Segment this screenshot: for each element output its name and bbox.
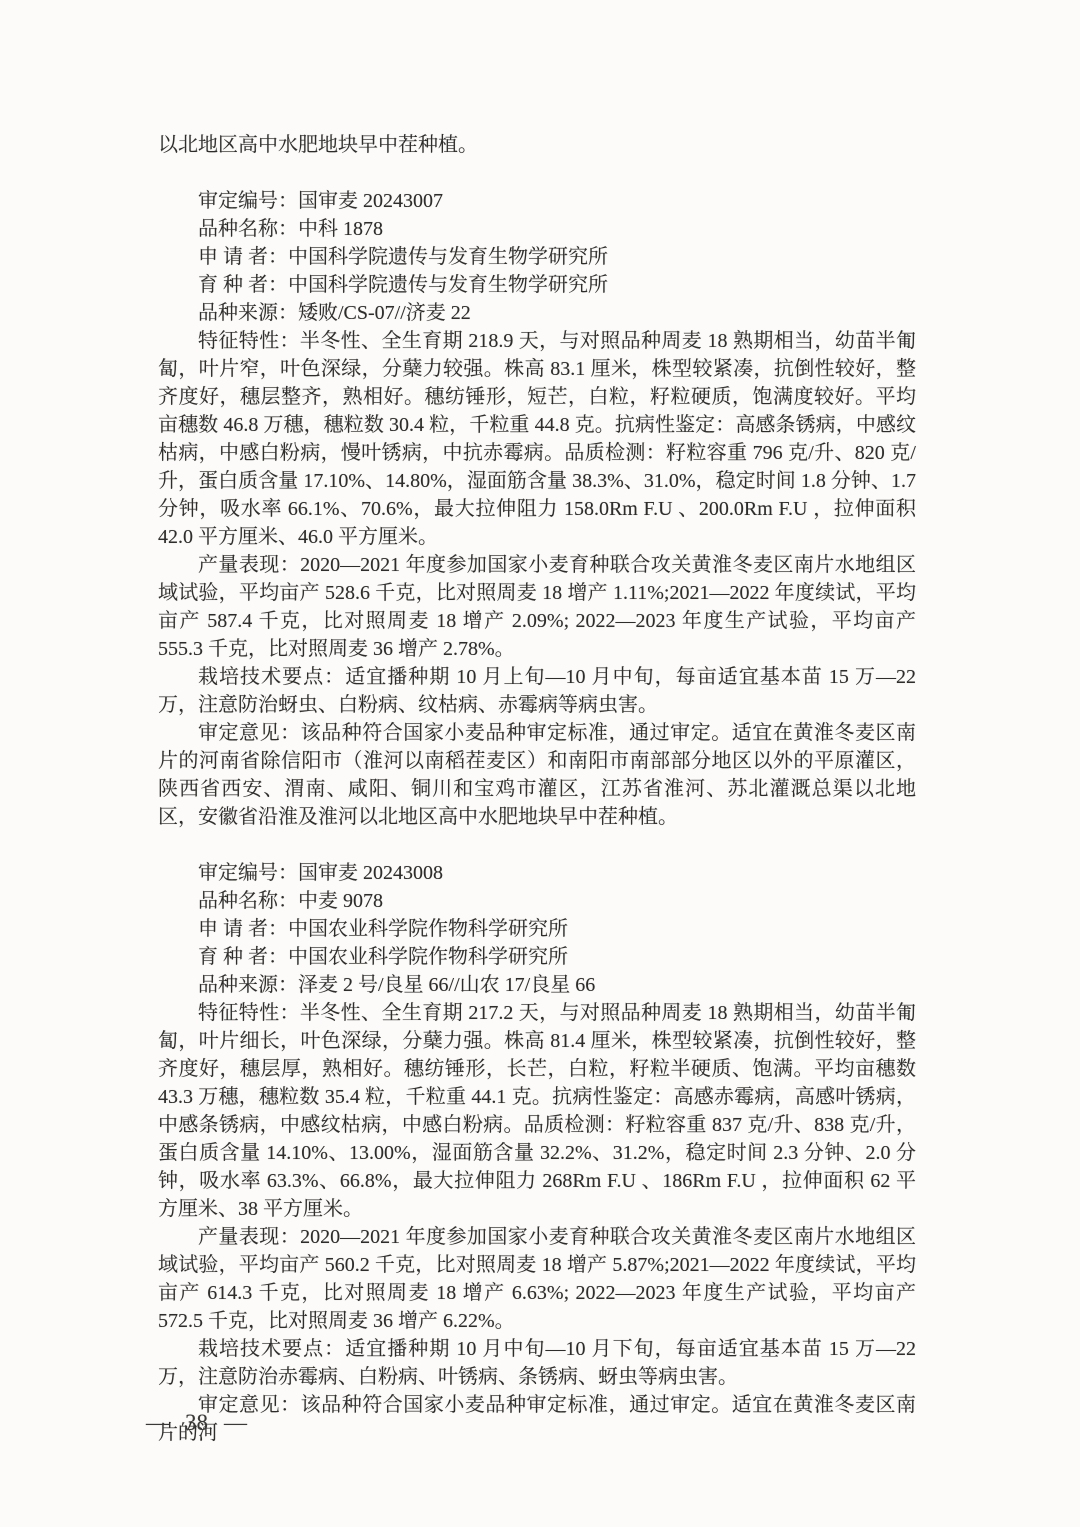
paragraph-certification-opinion: 审定意见：该品种符合国家小麦品种审定标准，通过审定。适宜在黄淮冬麦区南片的河南省… xyxy=(158,719,916,831)
document-page: 以北地区高中水肥地块早中茬种植。 审定编号：国审麦 20243007 品种名称：… xyxy=(0,0,1080,1527)
variety-2-metadata: 审定编号：国审麦 20243008 品种名称：中麦 9078 申 请 者：中国农… xyxy=(158,859,916,999)
field-breeder: 育 种 者：中国农业科学院作物科学研究所 xyxy=(158,943,916,971)
field-label: 审定编号 xyxy=(198,862,278,884)
field-label: 品种来源 xyxy=(198,974,278,996)
field-value: 矮败/CS-07//济麦 22 xyxy=(298,302,471,324)
continuation-paragraph: 以北地区高中水肥地块早中茬种植。 xyxy=(158,131,916,159)
field-variety-source: 品种来源：泽麦 2 号/良星 66//山农 17/良星 66 xyxy=(158,971,916,999)
field-value: 中国农业科学院作物科学研究所 xyxy=(288,918,568,940)
footer-left-dash: — xyxy=(146,1410,169,1435)
page-content: 以北地区高中水肥地块早中茬种植。 审定编号：国审麦 20243007 品种名称：… xyxy=(158,131,916,1447)
field-applicant: 申 请 者：中国科学院遗传与发育生物学研究所 xyxy=(158,243,916,271)
field-value: 泽麦 2 号/良星 66//山农 17/良星 66 xyxy=(298,974,595,996)
paragraph-cultivation-techniques: 栽培技术要点：适宜播种期 10 月中旬—10 月下旬，每亩适宜基本苗 15 万—… xyxy=(158,1335,916,1391)
field-separator: ： xyxy=(268,246,288,268)
field-variety-source: 品种来源：矮败/CS-07//济麦 22 xyxy=(158,299,916,327)
paragraph-yield-performance: 产量表现：2020—2021 年度参加国家小麦育种联合攻关黄淮冬麦区南片水地组区… xyxy=(158,1223,916,1335)
field-separator: ： xyxy=(268,274,288,296)
field-value: 国审麦 20243007 xyxy=(298,190,443,212)
field-label: 品种名称 xyxy=(198,890,278,912)
field-label: 申 请 者 xyxy=(198,918,268,940)
paragraph-certification-opinion: 审定意见：该品种符合国家小麦品种审定标准，通过审定。适宜在黄淮冬麦区南片的河 xyxy=(158,1391,916,1447)
paragraph-characteristics: 特征特性：半冬性、全生育期 218.9 天，与对照品种周麦 18 熟期相当，幼苗… xyxy=(158,327,916,551)
field-value: 中国科学院遗传与发育生物学研究所 xyxy=(288,246,608,268)
field-value: 中国科学院遗传与发育生物学研究所 xyxy=(288,274,608,296)
field-label: 育 种 者 xyxy=(198,946,268,968)
field-value: 中麦 9078 xyxy=(298,890,383,912)
field-label: 育 种 者 xyxy=(198,274,268,296)
field-separator: ： xyxy=(268,946,288,968)
page-number: 38 xyxy=(185,1410,208,1435)
paragraph-characteristics: 特征特性：半冬性、全生育期 217.2 天，与对照品种周麦 18 熟期相当，幼苗… xyxy=(158,999,916,1223)
paragraph-cultivation-techniques: 栽培技术要点：适宜播种期 10 月上旬—10 月中旬，每亩适宜基本苗 15 万—… xyxy=(158,663,916,719)
field-separator: ： xyxy=(268,918,288,940)
field-label: 品种名称 xyxy=(198,218,278,240)
field-value: 国审麦 20243008 xyxy=(298,862,443,884)
field-separator: ： xyxy=(278,190,298,212)
variety-1-metadata: 审定编号：国审麦 20243007 品种名称：中科 1878 申 请 者：中国科… xyxy=(158,187,916,327)
variety-entry-1: 审定编号：国审麦 20243007 品种名称：中科 1878 申 请 者：中国科… xyxy=(158,187,916,831)
variety-entry-2: 审定编号：国审麦 20243008 品种名称：中麦 9078 申 请 者：中国农… xyxy=(158,859,916,1447)
field-label: 品种来源 xyxy=(198,302,278,324)
page-footer: —38— xyxy=(146,1408,247,1438)
field-certification-number: 审定编号：国审麦 20243008 xyxy=(158,859,916,887)
field-separator: ： xyxy=(278,890,298,912)
field-separator: ： xyxy=(278,218,298,240)
field-label: 申 请 者 xyxy=(198,246,268,268)
field-certification-number: 审定编号：国审麦 20243007 xyxy=(158,187,916,215)
field-breeder: 育 种 者：中国科学院遗传与发育生物学研究所 xyxy=(158,271,916,299)
field-value: 中国农业科学院作物科学研究所 xyxy=(288,946,568,968)
field-applicant: 申 请 者：中国农业科学院作物科学研究所 xyxy=(158,915,916,943)
field-value: 中科 1878 xyxy=(298,218,383,240)
paragraph-yield-performance: 产量表现：2020—2021 年度参加国家小麦育种联合攻关黄淮冬麦区南片水地组区… xyxy=(158,551,916,663)
field-separator: ： xyxy=(278,862,298,884)
field-separator: ： xyxy=(278,302,298,324)
field-label: 审定编号 xyxy=(198,190,278,212)
footer-right-dash: — xyxy=(224,1410,247,1435)
field-variety-name: 品种名称：中科 1878 xyxy=(158,215,916,243)
field-separator: ： xyxy=(278,974,298,996)
field-variety-name: 品种名称：中麦 9078 xyxy=(158,887,916,915)
